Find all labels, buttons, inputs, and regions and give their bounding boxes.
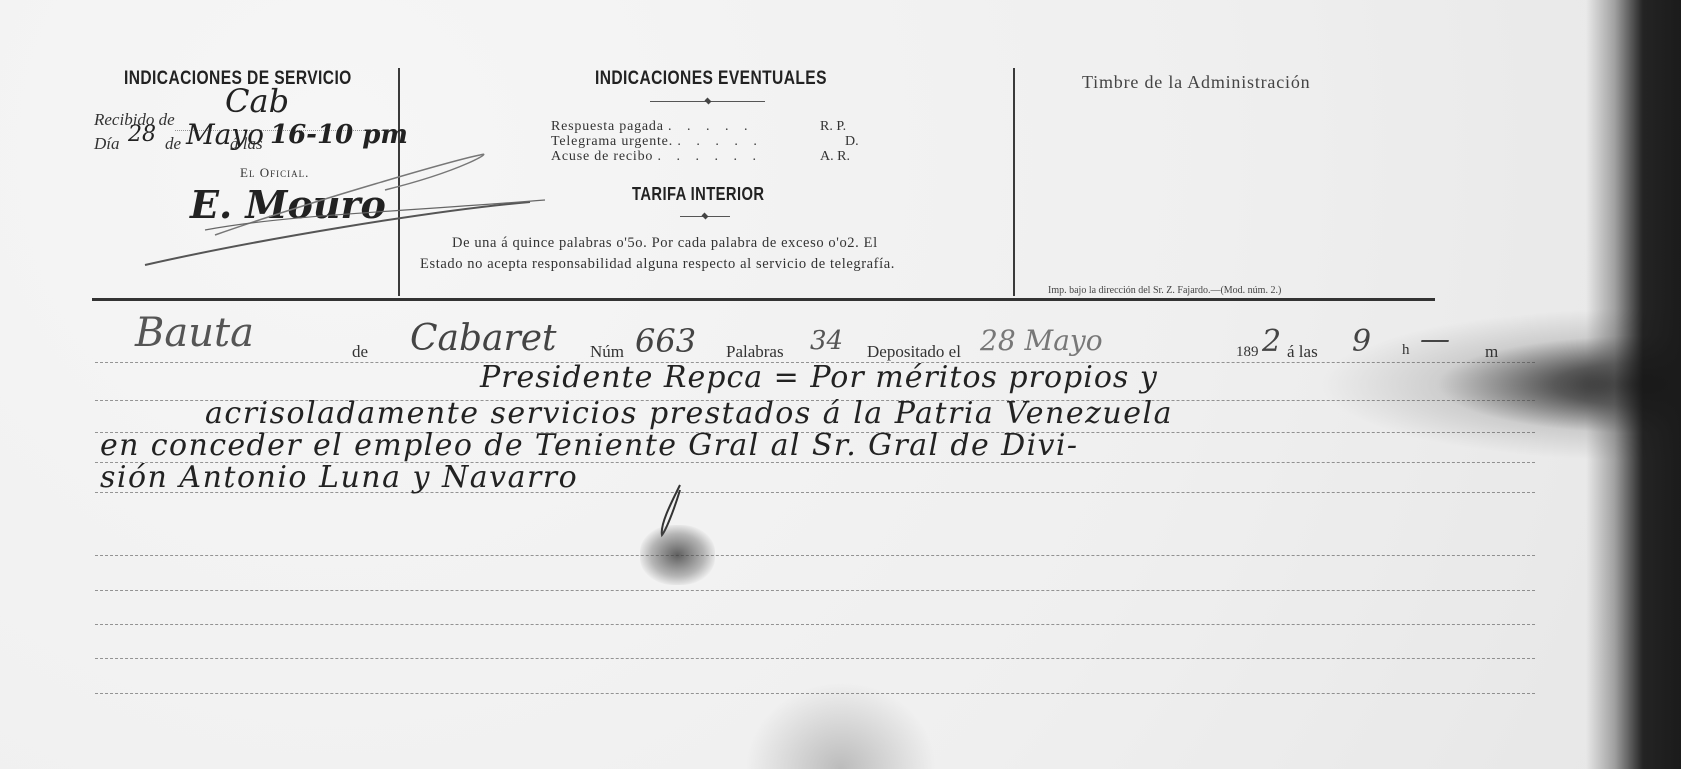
rule-line-8 <box>95 658 1535 659</box>
at-hour-label: á las <box>1287 342 1318 362</box>
rule-line-6 <box>95 590 1535 591</box>
num-label: Núm <box>590 342 624 362</box>
message-line-4: sión Antonio Luna y Navarro <box>100 460 578 495</box>
words-value: 34 <box>810 326 843 356</box>
year-prefix: 189 <box>1236 344 1259 361</box>
deposited-date-value: 28 Mayo <box>980 324 1103 357</box>
stamp-section-title: Timbre de la Administración <box>1082 72 1310 93</box>
eventual-code-ar: A. R. <box>820 149 850 165</box>
station-value: Cabaret <box>410 318 557 359</box>
rule-line-7 <box>95 624 1535 625</box>
leader-dots: . . . . . . <box>658 149 763 164</box>
tariff-title: TARIFA INTERIOR <box>632 184 764 205</box>
de-label: de <box>352 342 368 362</box>
ornament-divider <box>650 101 765 102</box>
leader-dots: . . . . . <box>677 134 763 149</box>
hour-value: 9 <box>1352 324 1371 359</box>
deposited-label: Depositado el <box>867 342 961 362</box>
m-label: m <box>1485 342 1498 362</box>
message-line-2: acrisoladamente servicios prestados á la… <box>205 396 1173 431</box>
message-line-3: en conceder el empleo de Teniente Gral a… <box>100 428 1078 463</box>
h-label: h <box>1402 342 1410 359</box>
ink-smudge <box>640 525 715 585</box>
day-label: Día <box>94 134 120 154</box>
origin-value: Bauta <box>135 310 254 356</box>
eventual-option-receipt: Acuse de recibo . . . . . . <box>551 149 762 165</box>
message-line-1: Presidente Repca = Por méritos propios y <box>480 360 1158 395</box>
eventual-code-rp: R. P. <box>820 119 846 135</box>
tariff-text-line1: De una á quince palabras o'5o. Por cada … <box>452 235 878 252</box>
eventual-section-title: INDICACIONES EVENTUALES <box>595 68 827 90</box>
imprint-note: Imp. bajo la dirección del Sr. Z. Fajard… <box>1048 285 1281 296</box>
header-bottom-rule <box>92 298 1435 301</box>
eventual-option-urgent: Telegrama urgente. . . . . . <box>551 134 763 150</box>
tariff-text-line2: Estado no acepta responsabilidad alguna … <box>420 256 895 273</box>
rule-line-9 <box>95 693 1535 694</box>
num-value: 663 <box>635 322 696 360</box>
eventual-option-paid-reply: Respuesta pagada . . . . . <box>551 119 754 135</box>
year-suffix-value: 2 <box>1262 324 1281 359</box>
leader-dots: . . . . . <box>668 119 754 134</box>
received-from-value: Cab <box>225 82 289 120</box>
eventual-code-d: D. <box>845 134 859 150</box>
telegram-form: INDICACIONES DE SERVICIO Recibido de Cab… <box>0 0 1681 769</box>
scan-shadow-edge <box>1586 0 1681 769</box>
rule-line-5 <box>95 555 1535 556</box>
divider-eventual-stamp <box>1013 68 1015 296</box>
tariff-ornament <box>680 216 730 217</box>
minute-value: — <box>1420 322 1450 357</box>
words-label: Palabras <box>726 342 784 362</box>
